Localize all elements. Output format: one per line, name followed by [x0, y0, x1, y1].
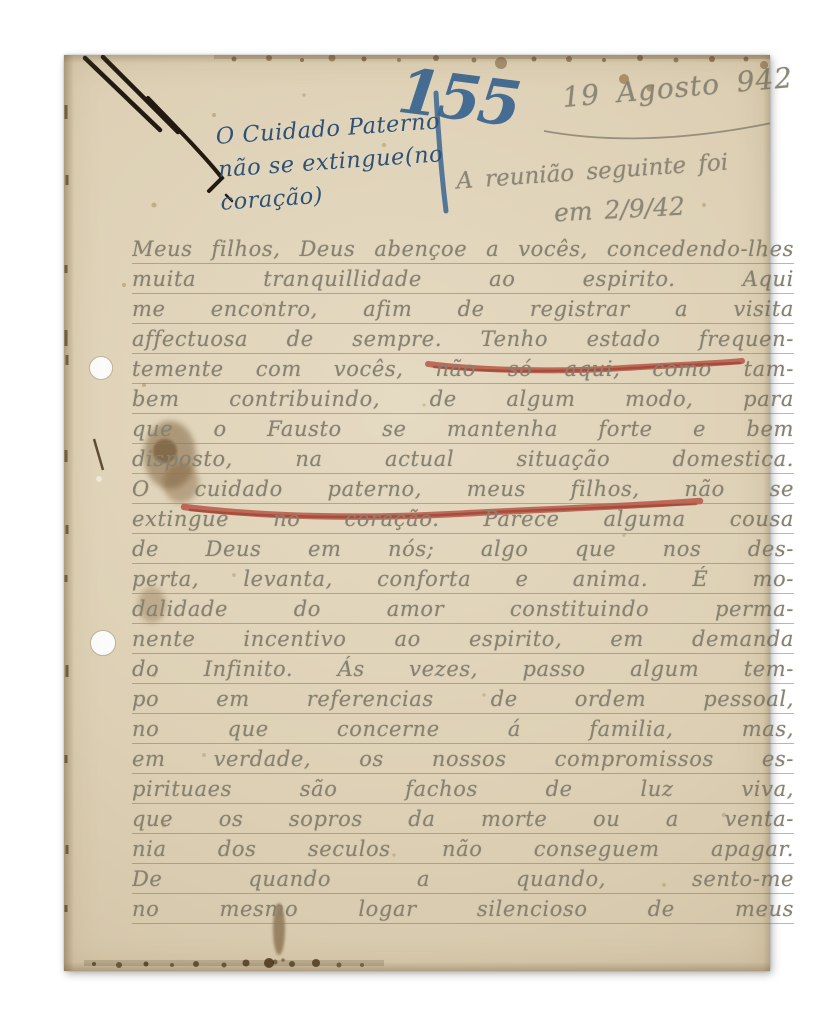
manuscript-line: nia dos seculos não conseguem apagar.: [132, 834, 794, 864]
manuscript-line: muita tranquillidade ao espirito. Aqui: [132, 264, 794, 294]
manuscript-line: em verdade, os nossos compromissos es-: [132, 744, 794, 774]
left-edge-marks: [66, 105, 67, 912]
pen-strokes-icon: [85, 57, 232, 201]
manuscript-line: po em referencias de ordem pessoal,: [132, 684, 794, 714]
manuscript-line: perta, levanta, conforta e anima. É mo-: [132, 564, 794, 594]
manuscript-line: Meus filhos, Deus abençoe a vocês, conce…: [132, 234, 794, 264]
manuscript-line: De quando a quando, sento-me: [132, 864, 794, 894]
letter-body: Meus filhos, Deus abençoe a vocês, conce…: [132, 234, 794, 924]
bottom-edge-spots: [84, 958, 384, 968]
date-underline: [544, 117, 770, 138]
manuscript-page: 155 O Cuidado Paterno não se extingue(no…: [64, 55, 770, 971]
manuscript-line: affectuosa de sempre. Tenho estado frequ…: [132, 324, 794, 354]
manuscript-line: extingue no coração. Parece alguma cousa: [132, 504, 794, 534]
manuscript-line: nente incentivo ao espirito, em demanda: [132, 624, 794, 654]
manuscript-line: dalidade do amor constituindo perma-: [132, 594, 794, 624]
manuscript-line: temente com vocês, não só aqui, como tam…: [132, 354, 794, 384]
blue-ink-annotation: O Cuidado Paterno não se extingue(no cor…: [215, 105, 447, 219]
scratch-mark: [94, 439, 103, 482]
manuscript-line: me encontro, afim de registrar a visita: [132, 294, 794, 324]
manuscript-line: pirituaes são fachos de luz viva,: [132, 774, 794, 804]
manuscript-line: no mesmo logar silencioso de meus: [132, 894, 794, 924]
manuscript-line: do Infinito. Ás vezes, passo algum tem-: [132, 654, 794, 684]
manuscript-line: que o Fausto se mantenha forte e bem: [132, 414, 794, 444]
manuscript-line: que os sopros da morte ou a venta-: [132, 804, 794, 834]
punch-holes: [90, 357, 116, 656]
document-scan: 155 O Cuidado Paterno não se extingue(no…: [0, 0, 828, 1024]
manuscript-line: disposto, na actual situação domestica.: [132, 444, 794, 474]
manuscript-line: de Deus em nós; algo que nos des-: [132, 534, 794, 564]
manuscript-line: bem contribuindo, de algum modo, para: [132, 384, 794, 414]
manuscript-line: no que concerne á familia, mas,: [132, 714, 794, 744]
manuscript-line: O cuidado paterno, meus filhos, não se: [132, 474, 794, 504]
